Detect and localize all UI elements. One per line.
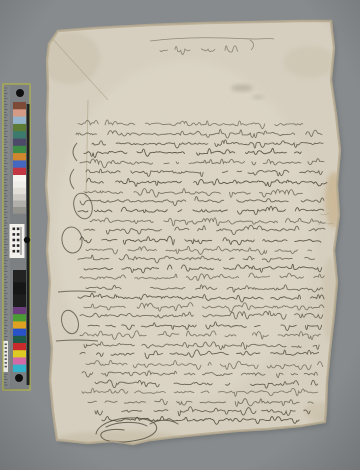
manuscript-photo — [0, 0, 360, 470]
archival-photo-canvas — [0, 0, 360, 470]
vignette-overlay — [0, 0, 360, 470]
